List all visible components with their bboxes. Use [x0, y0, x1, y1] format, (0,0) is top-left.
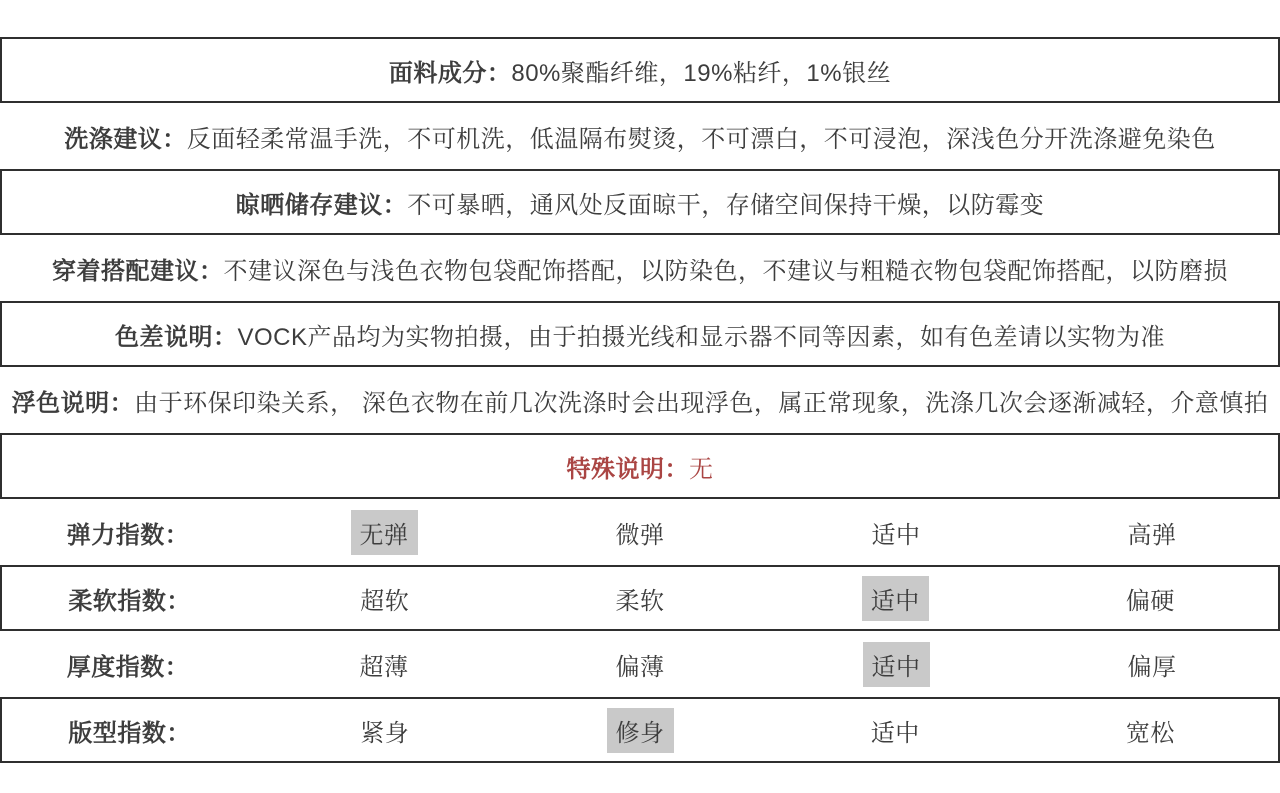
thickness-index-label: 厚度指数：: [67, 654, 190, 681]
elasticity-index-row: 弹力指数： 无弹 微弹 适中 高弹: [0, 499, 1280, 565]
color-difference-note-label: 色差说明：: [115, 317, 238, 352]
thickness-option-cell: 偏薄: [512, 647, 768, 682]
fabric-composition-value: 80%聚酯纤维，19%粘纤，1%银丝: [511, 53, 891, 88]
special-note-row: 特殊说明：无: [0, 433, 1280, 499]
fit-option-cell: 适中: [768, 713, 1023, 748]
color-bleed-note-value: 由于环保印染关系， 深色衣物在前几次洗涤时会出现浮色，属正常现象，洗涤几次会逐渐…: [134, 383, 1268, 418]
thickness-index-label-cell: 厚度指数：: [0, 647, 256, 682]
fit-option-cell: 修身: [512, 708, 767, 753]
softness-index-label: 柔软指数：: [68, 588, 191, 615]
elasticity-index-label: 弹力指数：: [67, 522, 190, 549]
outfit-matching-advice-value: 不建议深色与浅色衣物包袋配饰搭配，以防染色，不建议与粗糙衣物包袋配饰搭配，以防磨…: [224, 251, 1229, 286]
softness-option: 柔软: [616, 581, 665, 616]
color-bleed-note-row: 浮色说明：由于环保印染关系， 深色衣物在前几次洗涤时会出现浮色，属正常现象，洗涤…: [0, 367, 1280, 433]
fit-option-cell: 宽松: [1023, 713, 1278, 748]
drying-storage-advice-label: 晾晒储存建议：: [236, 185, 408, 220]
outfit-matching-advice-label: 穿着搭配建议：: [52, 251, 224, 286]
fit-index-row: 版型指数： 紧身 修身 适中 宽松: [0, 697, 1280, 763]
fit-option-selected: 修身: [607, 708, 674, 753]
elasticity-option-selected: 无弹: [351, 510, 418, 555]
color-difference-note-value: VOCK产品均为实物拍摄，由于拍摄光线和显示器不同等因素，如有色差请以实物为准: [237, 317, 1165, 352]
elasticity-option-cell: 适中: [768, 515, 1024, 550]
elasticity-option: 高弹: [1128, 515, 1177, 550]
thickness-option-selected: 适中: [863, 642, 930, 687]
drying-storage-advice-row: 晾晒储存建议：不可暴晒，通风处反面晾干，存储空间保持干燥，以防霉变: [0, 169, 1280, 235]
fabric-composition-row: 面料成分：80%聚酯纤维，19%粘纤，1%银丝: [0, 37, 1280, 103]
softness-index-row: 柔软指数： 超软 柔软 适中 偏硬: [0, 565, 1280, 631]
washing-advice-value: 反面轻柔常温手洗，不可机洗，低温隔布熨烫，不可漂白，不可浸泡，深浅色分开洗涤避免…: [187, 119, 1216, 154]
elasticity-option-cell: 无弹: [256, 510, 512, 555]
special-note-label: 特殊说明：: [567, 449, 690, 484]
fit-option: 适中: [871, 713, 920, 748]
washing-advice-row: 洗涤建议：反面轻柔常温手洗，不可机洗，低温隔布熨烫，不可漂白，不可浸泡，深浅色分…: [0, 103, 1280, 169]
softness-option-cell: 偏硬: [1023, 581, 1278, 616]
color-bleed-note-label: 浮色说明：: [12, 383, 135, 418]
softness-option: 超软: [360, 581, 409, 616]
elasticity-option-cell: 高弹: [1024, 515, 1280, 550]
fabric-composition-label: 面料成分：: [389, 53, 512, 88]
product-care-sheet: 面料成分：80%聚酯纤维，19%粘纤，1%银丝 洗涤建议：反面轻柔常温手洗，不可…: [0, 0, 1280, 763]
thickness-option: 超薄: [360, 647, 409, 682]
fit-option: 宽松: [1126, 713, 1175, 748]
softness-option-cell: 超软: [257, 581, 512, 616]
thickness-index-row: 厚度指数： 超薄 偏薄 适中 偏厚: [0, 631, 1280, 697]
outfit-matching-advice-row: 穿着搭配建议： 不建议深色与浅色衣物包袋配饰搭配，以防染色，不建议与粗糙衣物包袋…: [0, 235, 1280, 301]
washing-advice-label: 洗涤建议：: [64, 119, 187, 154]
thickness-option: 偏厚: [1128, 647, 1177, 682]
thickness-option-cell: 超薄: [256, 647, 512, 682]
fit-option: 紧身: [360, 713, 409, 748]
special-note-value: 无: [689, 449, 714, 484]
thickness-option-cell: 偏厚: [1024, 647, 1280, 682]
fit-index-label-cell: 版型指数：: [2, 713, 257, 748]
elasticity-option-cell: 微弹: [512, 515, 768, 550]
drying-storage-advice-value: 不可暴晒，通风处反面晾干，存储空间保持干燥，以防霉变: [407, 185, 1044, 220]
thickness-option-cell: 适中: [768, 642, 1024, 687]
elasticity-option: 微弹: [616, 515, 665, 550]
elasticity-index-label-cell: 弹力指数：: [0, 515, 256, 550]
elasticity-option: 适中: [872, 515, 921, 550]
softness-option-selected: 适中: [862, 576, 929, 621]
softness-option-cell: 适中: [768, 576, 1023, 621]
color-difference-note-row: 色差说明： VOCK产品均为实物拍摄，由于拍摄光线和显示器不同等因素，如有色差请…: [0, 301, 1280, 367]
fit-index-label: 版型指数：: [68, 720, 191, 747]
softness-index-label-cell: 柔软指数：: [2, 581, 257, 616]
thickness-option: 偏薄: [616, 647, 665, 682]
softness-option-cell: 柔软: [512, 581, 767, 616]
softness-option: 偏硬: [1126, 581, 1175, 616]
fit-option-cell: 紧身: [257, 713, 512, 748]
